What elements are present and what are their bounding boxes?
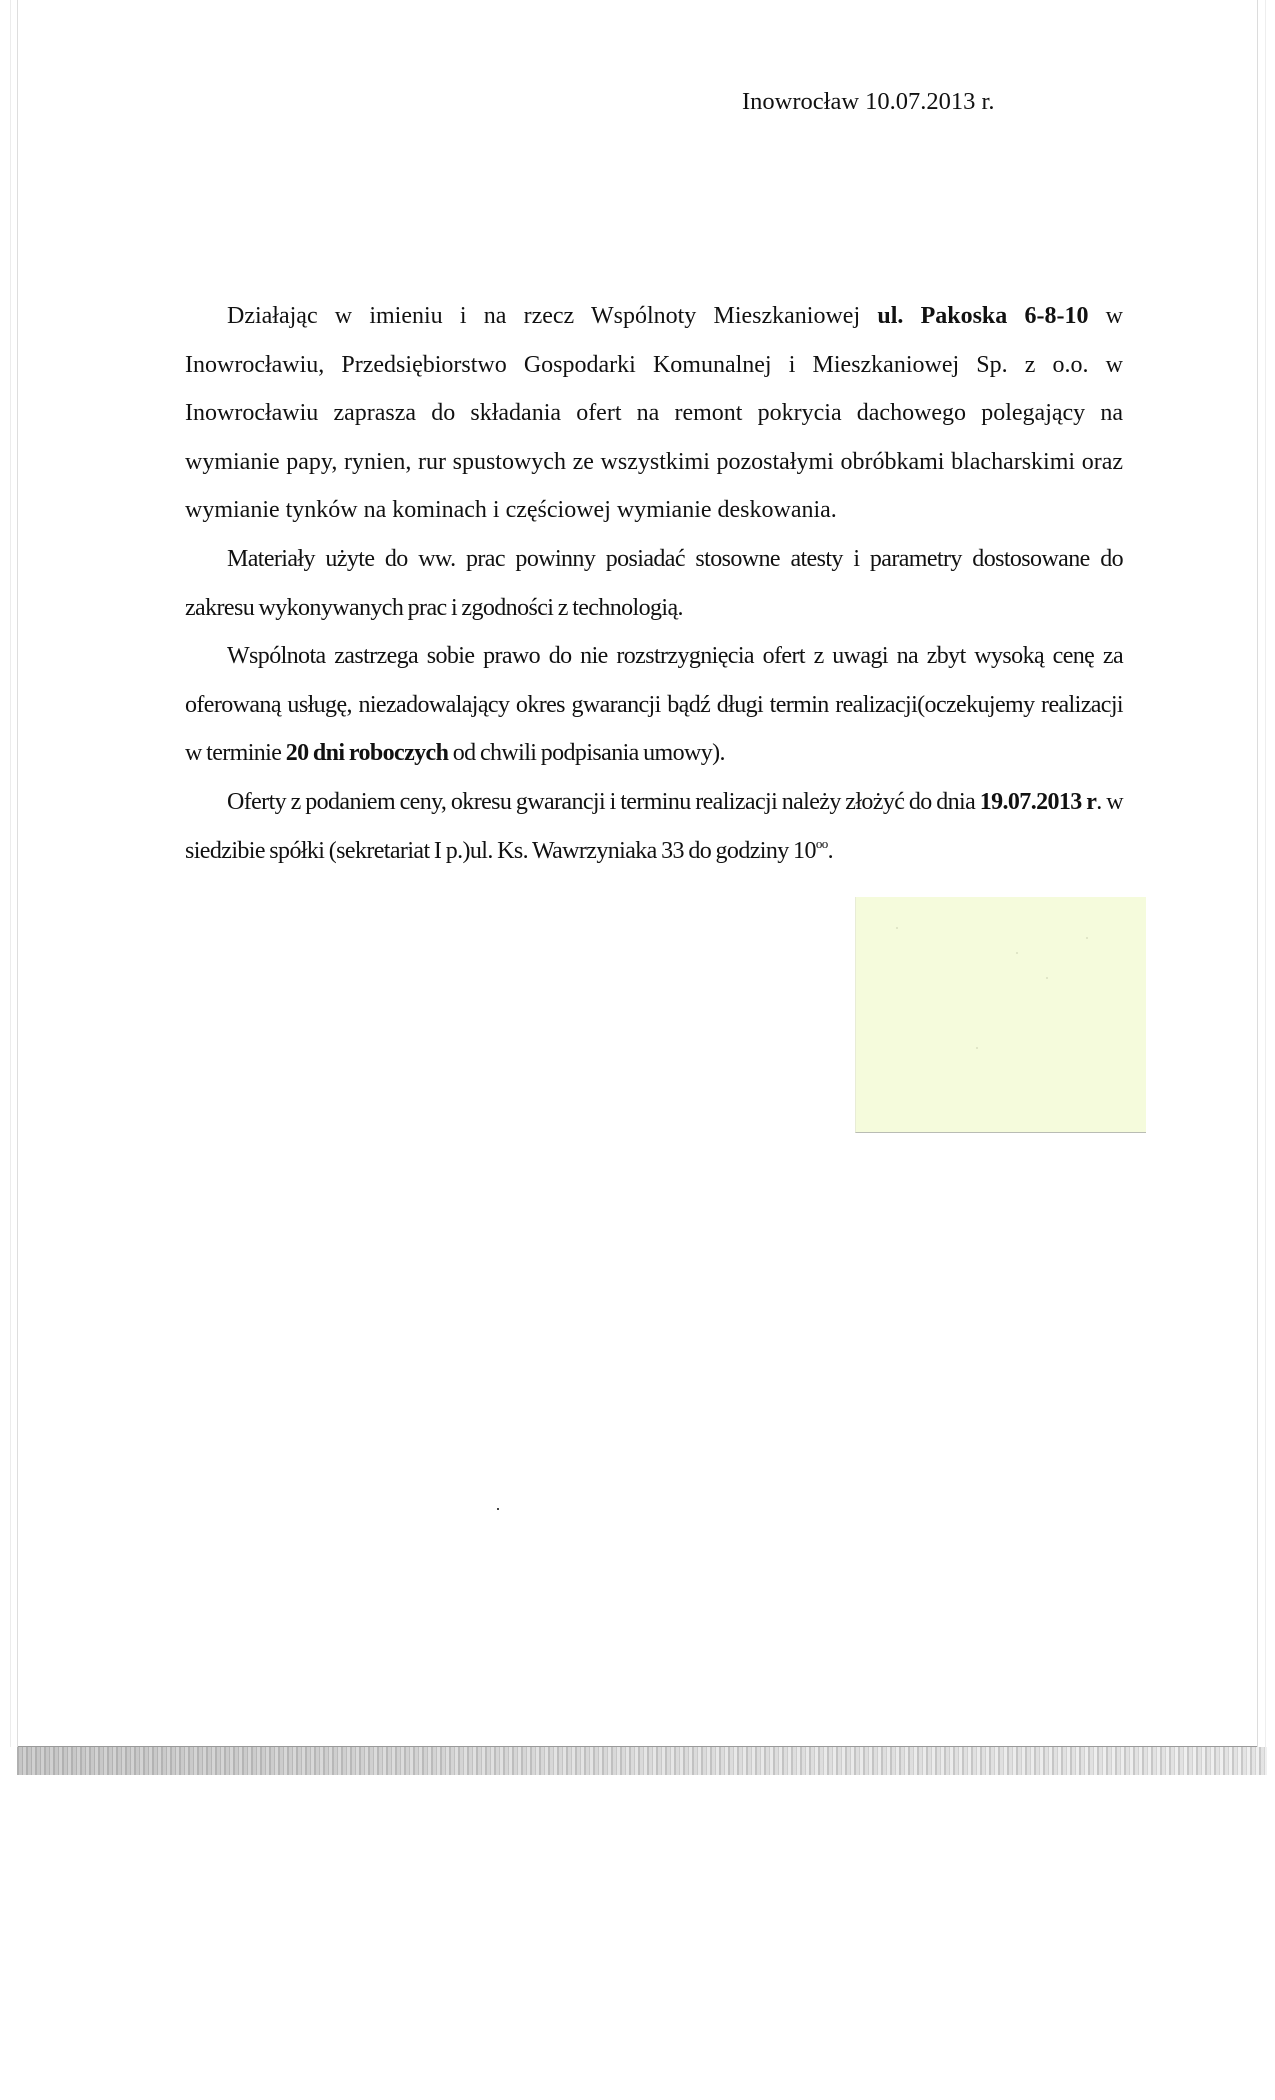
submission-text-end: . bbox=[828, 838, 833, 864]
paragraph-submission: Oferty z podaniem ceny, okresu gwarancji… bbox=[185, 778, 1123, 875]
community-address: ul. Pakoska 6-8-10 bbox=[877, 303, 1088, 329]
submission-deadline: 19.07.2013 r bbox=[980, 789, 1097, 815]
submission-text-start: Oferty z podaniem ceny, okresu gwarancji… bbox=[227, 789, 980, 815]
invitation-text-rest: w Inowrocławiu, Przedsiębiorstwo Gospoda… bbox=[185, 303, 1123, 523]
note-speck bbox=[1086, 937, 1088, 939]
hour-superscript: oo bbox=[816, 836, 828, 851]
paragraph-invitation: Działając w imieniu i na rzecz Wspólnoty… bbox=[185, 292, 1123, 535]
scan-edge-line-left bbox=[17, 0, 18, 1747]
scan-edge-line-right-outer bbox=[1265, 0, 1266, 1747]
letter-body: Działając w imieniu i na rzecz Wspólnoty… bbox=[185, 292, 1123, 875]
scan-edge-line-left-outer bbox=[10, 0, 11, 1747]
completion-term: 20 dni roboczych bbox=[286, 740, 449, 766]
invitation-text-start: Działając w imieniu i na rzecz Wspólnoty… bbox=[227, 303, 877, 329]
materials-text: Materiały użyte do ww. prac powinny posi… bbox=[185, 546, 1123, 621]
note-speck bbox=[1016, 952, 1018, 954]
note-speck bbox=[976, 1047, 978, 1049]
reservation-text-end: od chwili podpisania umowy). bbox=[448, 740, 725, 766]
paragraph-reservation: Wspólnota zastrzega sobie prawo do nie r… bbox=[185, 632, 1123, 778]
scan-edge-line-right bbox=[1257, 0, 1258, 1747]
place-and-date: Inowrocław 10.07.2013 r. bbox=[742, 86, 994, 118]
paragraph-materials: Materiały użyte do ww. prac powinny posi… bbox=[185, 535, 1123, 632]
note-speck bbox=[896, 927, 898, 929]
blank-sticky-note bbox=[855, 897, 1146, 1133]
scanner-edge-strip bbox=[17, 1747, 1267, 1775]
scan-dust-speck bbox=[497, 1508, 499, 1510]
note-speck bbox=[1046, 977, 1048, 979]
scanned-letter-page: Inowrocław 10.07.2013 r. Działając w imi… bbox=[17, 0, 1257, 1747]
